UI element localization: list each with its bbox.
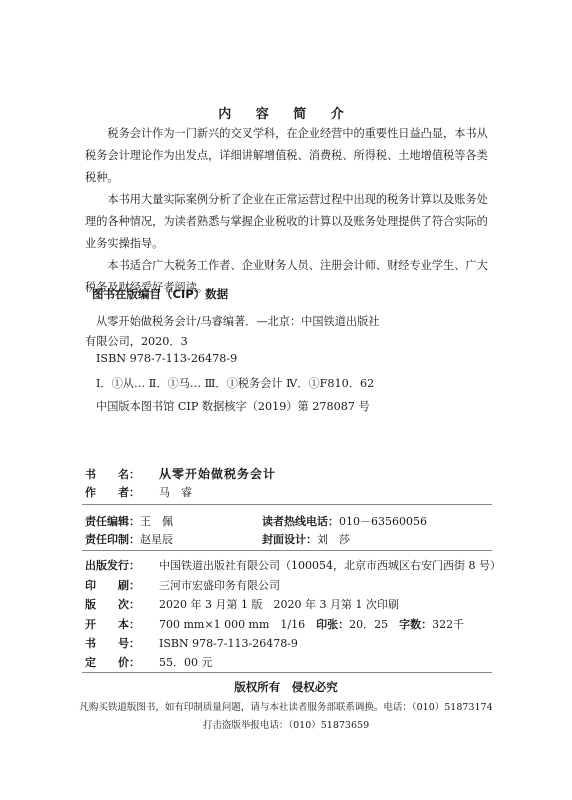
- editor-label: 责任编辑：: [85, 515, 140, 528]
- price-label: 定 价：: [85, 654, 159, 670]
- cip-heading: 图书在版编目（CIP）数据: [92, 286, 228, 302]
- edition-label: 版 次：: [85, 596, 159, 612]
- cip-line-2: 有限公司，2020．3: [85, 333, 188, 349]
- publisher-value: 中国铁道出版社有限公司（100054，北京市西城区右安门西街 8 号）: [159, 559, 501, 572]
- hotline-value: 010－63560056: [339, 515, 427, 528]
- edition-value: 2020 年 3 月第 1 版 2020 年 3 月第 1 次印刷: [159, 598, 399, 611]
- copyright-notice: 凡购买铁道版图书，如有印制质量问题，请与本社读者服务部联系调换。电话：（010）…: [0, 699, 572, 713]
- book-title-label: 书 名：: [85, 466, 159, 482]
- editor-row: 责任编辑：王 佩: [85, 513, 173, 529]
- isbn-row: 书 号：ISBN 978-7-113-26478-9: [85, 635, 298, 651]
- word-count-label: 字数：: [399, 618, 432, 631]
- intro-paragraph: 税务会计作为一门新兴的交叉学科，在企业经营中的重要性日益凸显，本书从税务会计理论…: [85, 123, 495, 189]
- price-row: 定 价：55．00 元: [85, 654, 213, 670]
- divider: [82, 504, 492, 505]
- copyright-heading: 版权所有 侵权必究: [0, 679, 572, 695]
- cip-line-1: 从零开始做税务会计/马睿编著．—北京：中国铁道出版社: [96, 313, 379, 329]
- edition-row: 版 次：2020 年 3 月第 1 版 2020 年 3 月第 1 次印刷: [85, 596, 399, 612]
- printing-supervisor-row: 责任印制：赵星辰: [85, 531, 173, 547]
- sheets-label: 印张：: [316, 618, 349, 631]
- hotline-label: 读者热线电话：: [262, 515, 339, 528]
- cover-design-value: 刘 莎: [317, 533, 350, 546]
- editor-value: 王 佩: [140, 515, 173, 528]
- intro-paragraph: 本书用大量实际案例分析了企业在正常运营过程中出现的税务计算以及账务处理的各种情况…: [85, 189, 495, 255]
- printing-supervisor-value: 赵星辰: [140, 533, 173, 546]
- author-value: 马 睿: [159, 486, 192, 499]
- publisher-label: 出版发行：: [85, 557, 159, 573]
- copyright-page: 内 容 简 介 税务会计作为一门新兴的交叉学科，在企业经营中的重要性日益凸显，本…: [0, 0, 572, 800]
- printer-row: 印 刷：三河市宏盛印务有限公司: [85, 577, 280, 593]
- publisher-row: 出版发行：中国铁道出版社有限公司（100054，北京市西城区右安门西街 8 号）: [85, 557, 501, 573]
- author-row: 作 者：马 睿: [85, 484, 192, 500]
- format-row: 开 本：700 mm×1 000 mm 1/16 印张：20．25 字数：322…: [85, 616, 464, 632]
- printer-label: 印 刷：: [85, 577, 159, 593]
- divider: [82, 550, 492, 551]
- author-label: 作 者：: [85, 484, 159, 500]
- isbn-value: ISBN 978-7-113-26478-9: [159, 637, 298, 650]
- cip-isbn: ISBN 978-7-113-26478-9: [96, 352, 237, 365]
- cover-design-label: 封面设计：: [262, 533, 317, 546]
- divider: [82, 672, 492, 673]
- cover-design-row: 封面设计：刘 莎: [262, 531, 350, 547]
- cip-record: 中国版本图书馆 CIP 数据核字（2019）第 278087 号: [96, 398, 370, 414]
- cip-classification: Ⅰ．①从… Ⅱ．①马… Ⅲ．①税务会计 Ⅳ．①F810．62: [96, 375, 374, 391]
- price-value: 55．00 元: [159, 656, 213, 669]
- book-title-value: 从零开始做税务会计: [159, 467, 276, 481]
- printing-supervisor-label: 责任印制：: [85, 533, 140, 546]
- intro-body: 税务会计作为一门新兴的交叉学科，在企业经营中的重要性日益凸显，本书从税务会计理论…: [85, 123, 495, 299]
- word-count-value: 322千: [432, 618, 464, 631]
- isbn-label: 书 号：: [85, 635, 159, 651]
- printer-value: 三河市宏盛印务有限公司: [159, 579, 280, 592]
- hotline-row: 读者热线电话：010－63560056: [262, 513, 427, 529]
- sheets-value: 20．25: [349, 618, 399, 631]
- format-value: 700 mm×1 000 mm 1/16: [159, 618, 316, 631]
- intro-title: 内 容 简 介: [0, 103, 572, 122]
- piracy-hotline: 打击盗版举报电话：（010）51873659: [0, 717, 572, 731]
- format-label: 开 本：: [85, 616, 159, 632]
- book-title-row: 书 名：从零开始做税务会计: [85, 465, 276, 482]
